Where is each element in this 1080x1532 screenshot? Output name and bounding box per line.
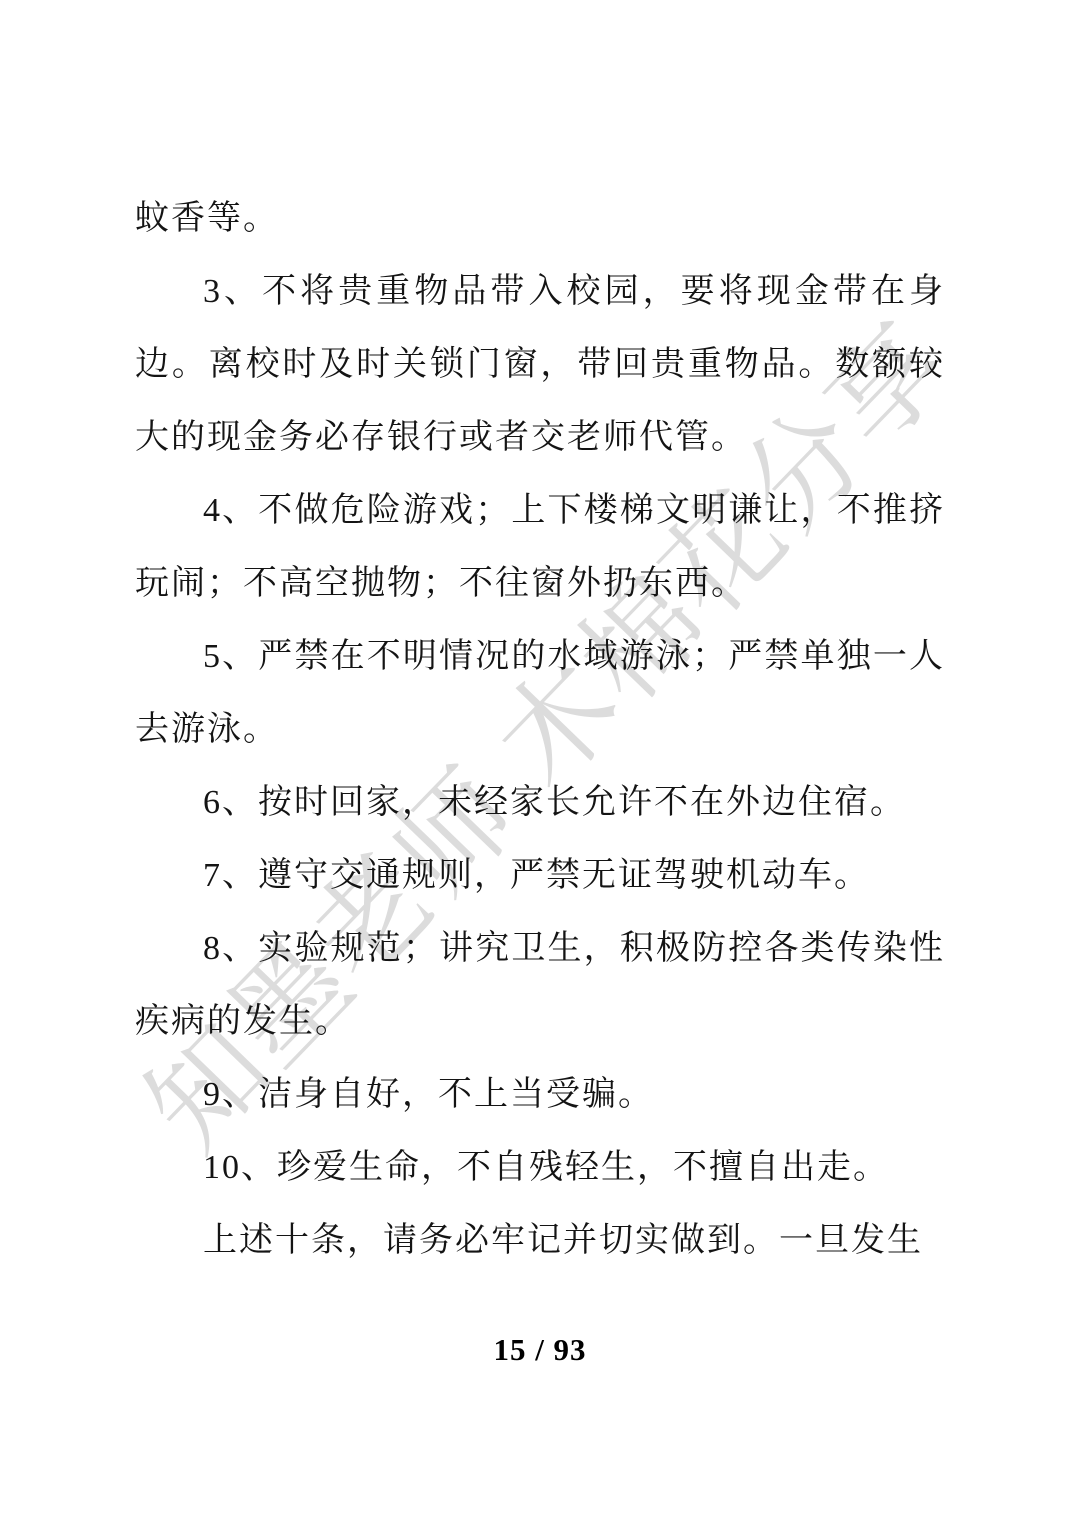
page-footer: 15 / 93: [0, 1332, 1080, 1368]
paragraph: 8、实验规范；讲究卫生，积极防控各类传染性疾病的发生。: [135, 912, 945, 1058]
text-line: 边。离校时及时关锁门窗，带回贵重物品。数额较: [135, 328, 945, 401]
paragraph: 蚊香等。: [135, 182, 945, 255]
text-line: 上述十条，请务必牢记并切实做到。一旦发生: [135, 1204, 945, 1277]
text-line: 7、遵守交通规则，严禁无证驾驶机动车。: [135, 839, 945, 912]
text-line: 6、按时回家，未经家长允许不在外边住宿。: [135, 766, 945, 839]
paragraph: 5、严禁在不明情况的水域游泳；严禁单独一人去游泳。: [135, 620, 945, 766]
paragraph: 6、按时回家，未经家长允许不在外边住宿。: [135, 766, 945, 839]
document-body: 蚊香等。3、不将贵重物品带入校园，要将现金带在身边。离校时及时关锁门窗，带回贵重…: [135, 182, 945, 1277]
text-line: 5、严禁在不明情况的水域游泳；严禁单独一人: [135, 620, 945, 693]
text-line: 蚊香等。: [135, 182, 945, 255]
text-line: 疾病的发生。: [135, 985, 945, 1058]
text-line: 8、实验规范；讲究卫生，积极防控各类传染性: [135, 912, 945, 985]
document-page: 知墨老师 木棉花分享 蚊香等。3、不将贵重物品带入校园，要将现金带在身边。离校时…: [0, 0, 1080, 1532]
text-line: 去游泳。: [135, 693, 945, 766]
paragraph: 上述十条，请务必牢记并切实做到。一旦发生: [135, 1204, 945, 1277]
paragraph: 9、洁身自好，不上当受骗。: [135, 1058, 945, 1131]
text-line: 10、珍爱生命，不自残轻生，不擅自出走。: [135, 1131, 945, 1204]
paragraph: 10、珍爱生命，不自残轻生，不擅自出走。: [135, 1131, 945, 1204]
paragraph: 4、不做危险游戏；上下楼梯文明谦让，不推挤玩闹；不高空抛物；不往窗外扔东西。: [135, 474, 945, 620]
text-line: 3、不将贵重物品带入校园，要将现金带在身: [135, 255, 945, 328]
paragraph: 7、遵守交通规则，严禁无证驾驶机动车。: [135, 839, 945, 912]
paragraph: 3、不将贵重物品带入校园，要将现金带在身边。离校时及时关锁门窗，带回贵重物品。数…: [135, 255, 945, 474]
text-line: 4、不做危险游戏；上下楼梯文明谦让，不推挤: [135, 474, 945, 547]
text-line: 9、洁身自好，不上当受骗。: [135, 1058, 945, 1131]
page-number-indicator: 15 / 93: [493, 1332, 586, 1367]
text-line: 玩闹；不高空抛物；不往窗外扔东西。: [135, 547, 945, 620]
text-line: 大的现金务必存银行或者交老师代管。: [135, 401, 945, 474]
